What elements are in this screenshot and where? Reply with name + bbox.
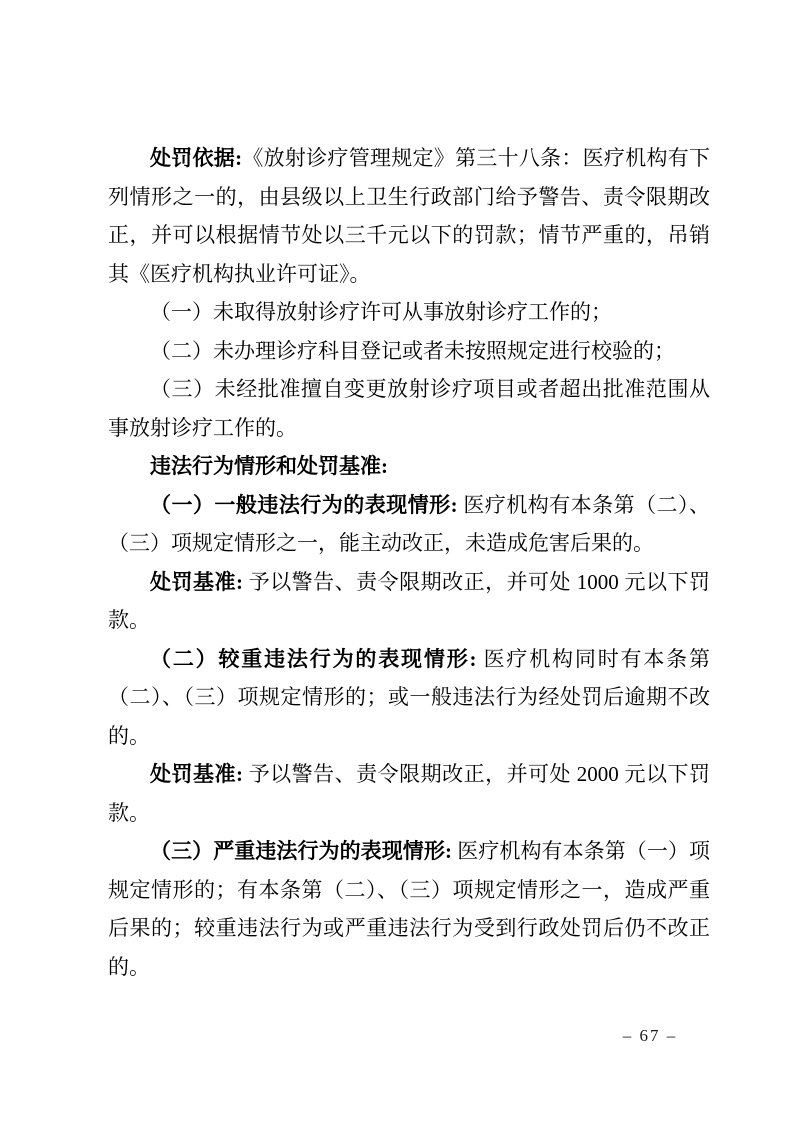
paragraph-item-1: （一）未取得放射诊疗许可从事放射诊疗工作的； — [108, 293, 710, 332]
paragraph-severe-violation: （三）严重违法行为的表现情形: 医疗机构有本条第（一）项规定情形的；有本条第（二… — [108, 832, 710, 986]
paragraph-lead: （二）较重违法行为的表现情形: — [150, 647, 477, 671]
document-page: 处罚依据:《放射诊疗管理规定》第三十八条：医疗机构有下列情形之一的，由县级以上卫… — [0, 0, 794, 1122]
paragraph-lead: 处罚基准: — [150, 762, 243, 786]
paragraph-text: （三）未经批准擅自变更放射诊疗项目或者超出批准范围从事放射诊疗工作的。 — [108, 377, 710, 440]
paragraph-text: （二）未办理诊疗科目登记或者未按照规定进行校验的； — [150, 339, 675, 363]
paragraph-serious-violation: （二）较重违法行为的表现情形: 医疗机构同时有本条第（二）、（三）项规定情形的；… — [108, 640, 710, 756]
paragraph-penalty-standard-1: 处罚基准: 予以警告、责令限期改正，并可处 1000 元以下罚款。 — [108, 563, 710, 640]
heading-violation-standards: 违法行为情形和处罚基准: — [108, 447, 710, 486]
paragraph-general-violation: （一）一般违法行为的表现情形: 医疗机构有本条第（二）、（三）项规定情形之一，能… — [108, 486, 710, 563]
paragraph-lead: 违法行为情形和处罚基准: — [150, 454, 388, 478]
paragraph-penalty-basis: 处罚依据:《放射诊疗管理规定》第三十八条：医疗机构有下列情形之一的，由县级以上卫… — [108, 139, 710, 293]
paragraph-penalty-standard-2: 处罚基准: 予以警告、责令限期改正，并可处 2000 元以下罚款。 — [108, 755, 710, 832]
paragraph-item-3: （三）未经批准擅自变更放射诊疗项目或者超出批准范围从事放射诊疗工作的。 — [108, 370, 710, 447]
paragraph-lead: （三）严重违法行为的表现情形: — [150, 839, 452, 863]
paragraph-text: （一）未取得放射诊疗许可从事放射诊疗工作的； — [150, 300, 612, 324]
paragraph-lead: 处罚基准: — [150, 570, 243, 594]
paragraph-lead: 处罚依据: — [150, 146, 242, 170]
page-number: – 67 – — [600, 1026, 700, 1046]
paragraph-lead: （一）一般违法行为的表现情形: — [150, 493, 458, 517]
document-body: 处罚依据:《放射诊疗管理规定》第三十八条：医疗机构有下列情形之一的，由县级以上卫… — [108, 139, 710, 986]
paragraph-item-2: （二）未办理诊疗科目登记或者未按照规定进行校验的； — [108, 332, 710, 371]
